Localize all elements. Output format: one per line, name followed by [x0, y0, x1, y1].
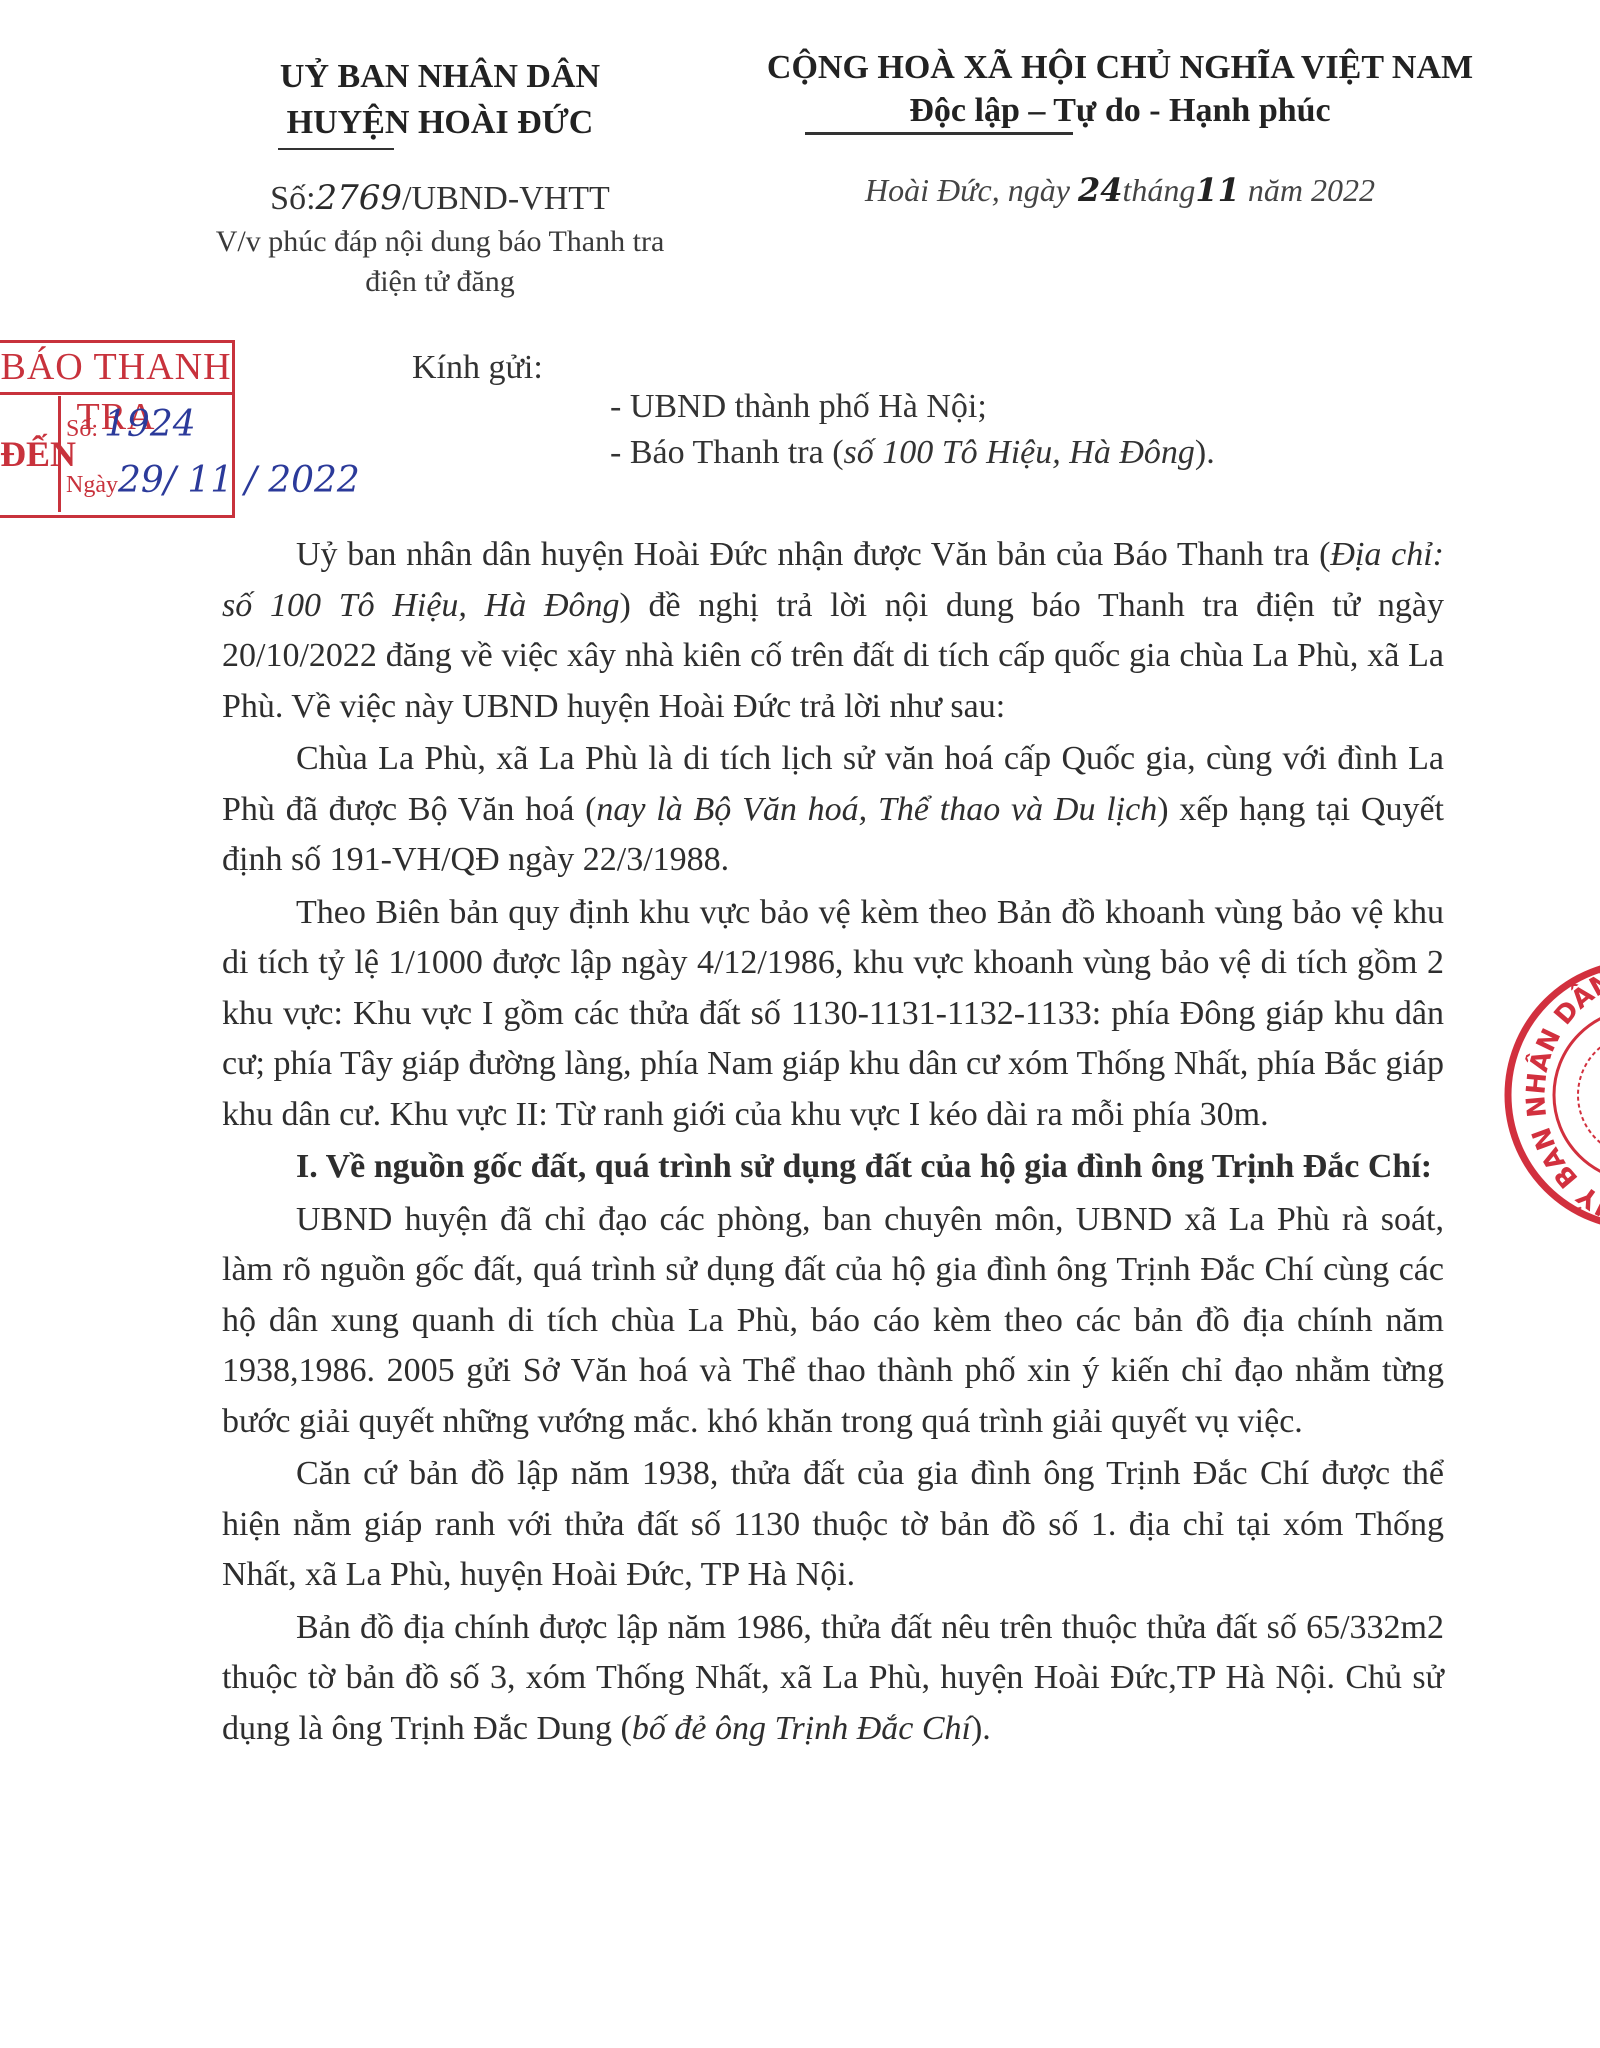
stamp-den-label: ĐẾN — [0, 396, 61, 512]
doc-number-suffix: /UBND-VHTT — [402, 180, 610, 217]
national-title: CỘNG HOÀ XÃ HỘI CHỦ NGHĨA VIỆT NAM — [740, 46, 1500, 90]
subject-line-2: điện tử đăng — [130, 262, 750, 302]
org-line-1: UỶ BAN NHÂN DÂN — [200, 54, 680, 100]
recipient-text-end: ). — [1195, 434, 1215, 471]
date-month-label: tháng — [1122, 172, 1195, 208]
recipients-list: - UBND thành phố Hà Nội; - Báo Thanh tra… — [610, 384, 1215, 476]
subject-line-1: V/v phúc đáp nội dung báo Thanh tra — [130, 222, 750, 262]
paragraph-relic-status: Chùa La Phù, xã La Phù là di tích lịch s… — [222, 734, 1444, 886]
date-day-handwritten: 24 — [1078, 171, 1123, 209]
paragraph-map-1986: Bản đồ địa chính được lập năm 1986, thửa… — [222, 1603, 1444, 1755]
org-underline — [278, 148, 394, 150]
paragraph-review: UBND huyện đã chỉ đạo các phòng, ban chu… — [222, 1195, 1444, 1448]
issuing-organization: UỶ BAN NHÂN DÂN HUYỆN HOÀI ĐỨC — [200, 54, 680, 146]
document-subject: V/v phúc đáp nội dung báo Thanh tra điện… — [130, 222, 750, 302]
recipient-text: - UBND thành phố Hà Nội; — [610, 388, 987, 425]
org-line-2: HUYỆN HOÀI ĐỨC — [200, 100, 680, 146]
recipients-label: Kính gửi: — [412, 346, 543, 390]
doc-number-label: Số: — [270, 180, 315, 217]
stamp-number-row: Số: 1924 — [66, 400, 196, 454]
date-place: Hoài Đức, ngày — [865, 172, 1070, 208]
paragraph-intro: Uỷ ban nhân dân huyện Hoài Đức nhận được… — [222, 530, 1444, 732]
stamp-date-label: Ngày — [66, 472, 118, 498]
paragraph-protection-zone: Theo Biên bản quy định khu vực bảo vệ kè… — [222, 888, 1444, 1141]
recipient-text: - Báo Thanh tra ( — [610, 434, 844, 471]
recipient-item: - UBND thành phố Hà Nội; — [610, 384, 1215, 430]
date-month-handwritten: 11 — [1195, 171, 1240, 209]
stamp-date-handwritten: 29/ 11 / 2022 — [118, 460, 360, 501]
date-year: năm 2022 — [1248, 172, 1375, 208]
recipient-address: số 100 Tô Hiệu, Hà Đông — [844, 434, 1195, 471]
stamp-date-row: Ngày29/ 11 / 2022 — [66, 456, 360, 510]
motto-underline — [805, 132, 1073, 135]
doc-number-handwritten: 2769 — [316, 178, 403, 218]
stamp-number-handwritten: 1924 — [104, 404, 196, 445]
section-heading: I. Về nguồn gốc đất, quá trình sử dụng đ… — [222, 1142, 1444, 1193]
official-seal-icon: UỶ BAN NHÂN DÂN H — [1480, 950, 1600, 1240]
document-number: Số:2769/UBND-VHTT — [150, 178, 730, 219]
stamp-number-label: Số: — [66, 416, 98, 442]
paragraph-map-1938: Căn cứ bản đồ lập năm 1938, thửa đất của… — [222, 1449, 1444, 1601]
issue-date: Hoài Đức, ngày 24tháng11 năm 2022 — [740, 168, 1500, 212]
recipient-item: - Báo Thanh tra (số 100 Tô Hiệu, Hà Đông… — [610, 430, 1215, 476]
document-body: Uỷ ban nhân dân huyện Hoài Đức nhận được… — [222, 530, 1444, 1756]
stamp-title: BÁO THANH TRA — [0, 342, 232, 395]
national-motto: Độc lập – Tự do - Hạnh phúc — [740, 88, 1500, 134]
